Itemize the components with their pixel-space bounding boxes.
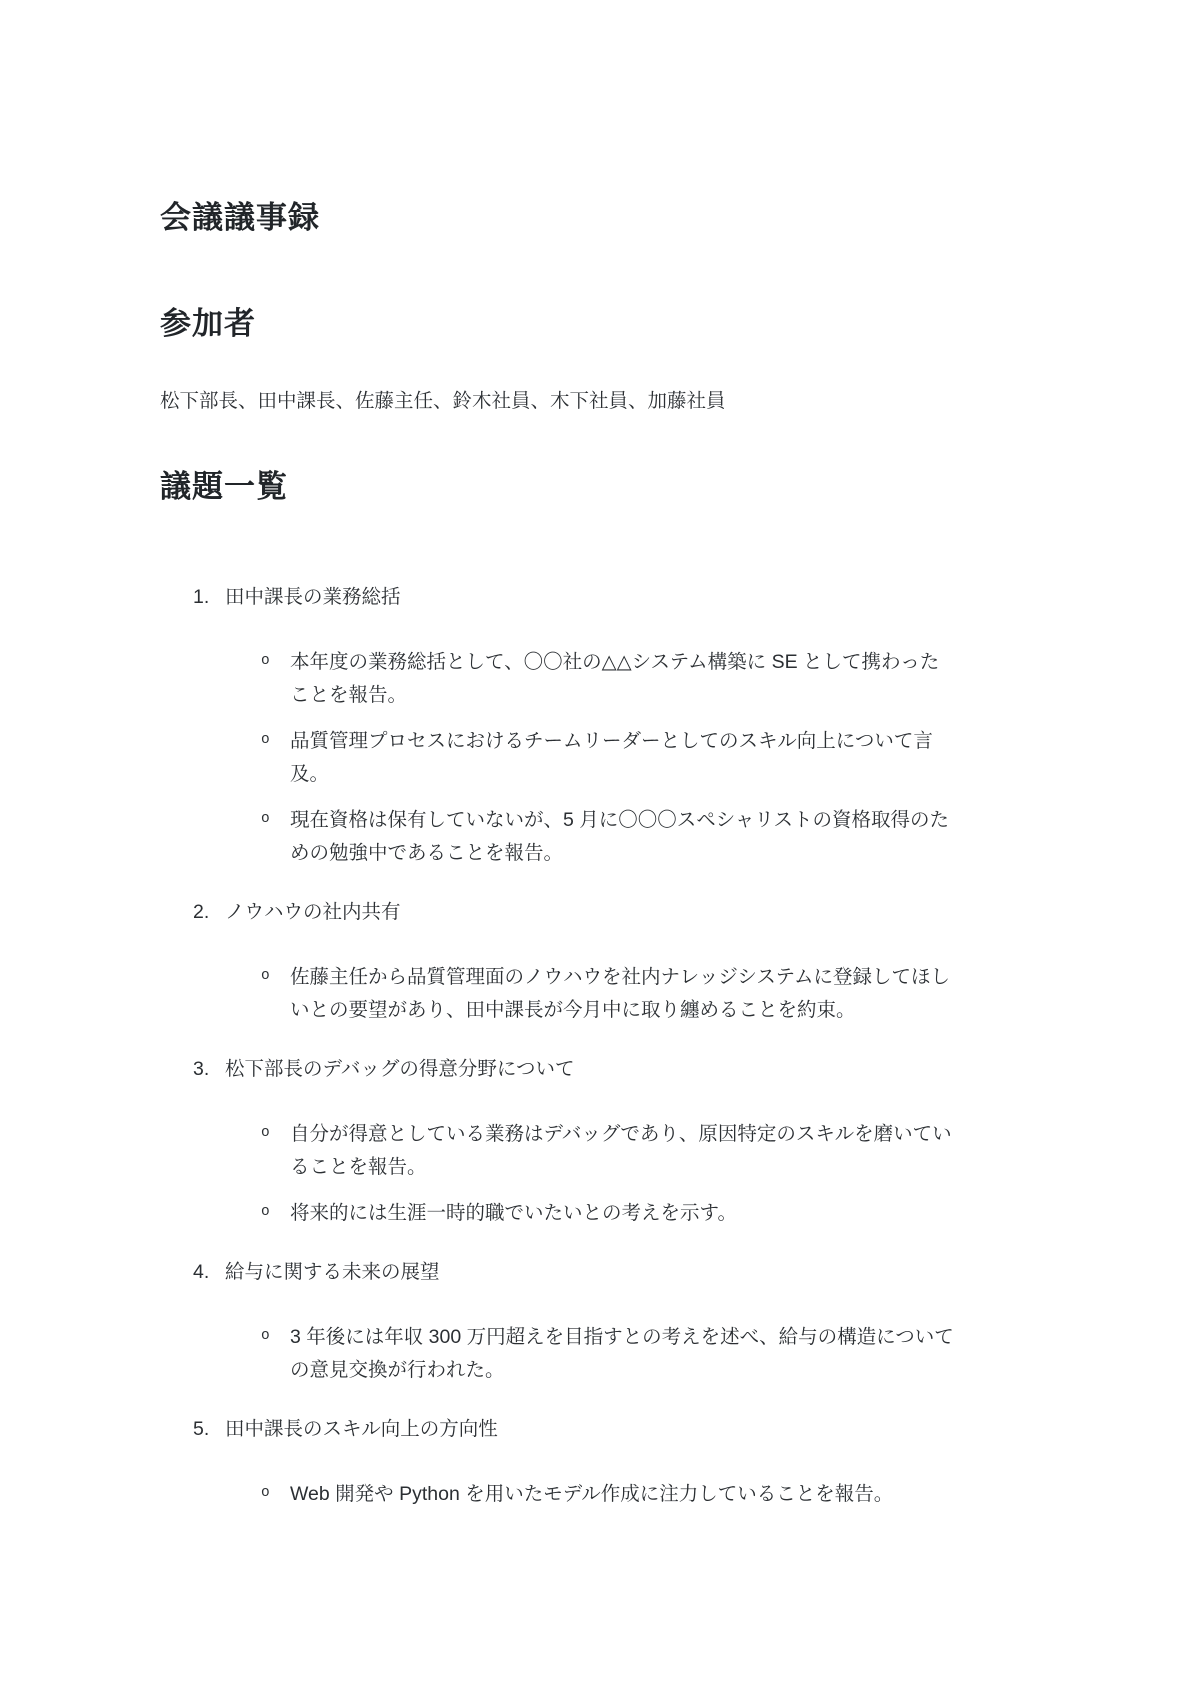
agenda-item-title: 4. 給与に関する未来の展望 — [160, 1260, 1030, 1284]
circle-bullet-marker: o — [261, 804, 290, 870]
circle-bullet-marker: o — [261, 961, 290, 1027]
agenda-subitem-text: 将来的には生涯一時的職でいたいとの考えを示す。 — [290, 1197, 958, 1230]
participants-list: 松下部長、田中課長、佐藤主任、鈴木社員、木下社員、加藤社員 — [160, 389, 1030, 413]
agenda-subitem-text: 佐藤主任から品質管理面のノウハウを社内ナレッジシステムに登録してほしいとの要望が… — [290, 961, 958, 1027]
agenda-item-title-text: 田中課長のスキル向上の方向性 — [225, 1417, 498, 1441]
agenda-subitems: o 佐藤主任から品質管理面のノウハウを社内ナレッジシステムに登録してほしいとの要… — [160, 961, 1030, 1027]
participants-heading: 参加者 — [160, 303, 1030, 345]
agenda-item-4: 4. 給与に関する未来の展望 o 3 年後には年収 300 万円超えを目指すとの… — [160, 1260, 1030, 1387]
document-page: 会議議事録 参加者 松下部長、田中課長、佐藤主任、鈴木社員、木下社員、加藤社員 … — [0, 0, 1190, 1683]
agenda-item-number: 2. — [193, 900, 225, 924]
agenda-subitems: o 3 年後には年収 300 万円超えを目指すとの考えを述べ、給与の構造について… — [160, 1321, 1030, 1387]
agenda-item-title: 3. 松下部長のデバッグの得意分野について — [160, 1057, 1030, 1081]
agenda-item-number: 1. — [193, 585, 225, 609]
circle-bullet-marker: o — [261, 1478, 290, 1511]
agenda-subitem-text: 自分が得意としている業務はデバッグであり、原因特定のスキルを磨いていることを報告… — [290, 1118, 958, 1184]
agenda-item-2: 2. ノウハウの社内共有 o 佐藤主任から品質管理面のノウハウを社内ナレッジシス… — [160, 900, 1030, 1027]
agenda-subitem: o 佐藤主任から品質管理面のノウハウを社内ナレッジシステムに登録してほしいとの要… — [160, 961, 1030, 1027]
agenda-item-number: 5. — [193, 1417, 225, 1441]
agenda-subitem: o 将来的には生涯一時的職でいたいとの考えを示す。 — [160, 1197, 1030, 1230]
agenda-subitem-text: 3 年後には年収 300 万円超えを目指すとの考えを述べ、給与の構造についての意… — [290, 1321, 958, 1387]
agenda-subitem: o 現在資格は保有していないが、5 月に〇〇〇スペシャリストの資格取得のための勉… — [160, 804, 1030, 870]
circle-bullet-marker: o — [261, 1118, 290, 1184]
agenda-subitem-text: Web 開発や Python を用いたモデル作成に注力していることを報告。 — [290, 1478, 958, 1511]
agenda-item-title-text: 給与に関する未来の展望 — [225, 1260, 440, 1284]
agenda-item-title: 2. ノウハウの社内共有 — [160, 900, 1030, 924]
agenda-item-title-text: ノウハウの社内共有 — [225, 900, 401, 924]
circle-bullet-marker: o — [261, 725, 290, 791]
agenda-item-1: 1. 田中課長の業務総括 o 本年度の業務総括として、〇〇社の△△システム構築に… — [160, 585, 1030, 870]
agenda-subitem: o 3 年後には年収 300 万円超えを目指すとの考えを述べ、給与の構造について… — [160, 1321, 1030, 1387]
agenda-item-number: 4. — [193, 1260, 225, 1284]
agenda-subitem: o 品質管理プロセスにおけるチームリーダーとしてのスキル向上について言及。 — [160, 725, 1030, 791]
agenda-list: 1. 田中課長の業務総括 o 本年度の業務総括として、〇〇社の△△システム構築に… — [160, 585, 1030, 1511]
agenda-item-3: 3. 松下部長のデバッグの得意分野について o 自分が得意としている業務はデバッ… — [160, 1057, 1030, 1230]
agenda-subitem-text: 品質管理プロセスにおけるチームリーダーとしてのスキル向上について言及。 — [290, 725, 958, 791]
circle-bullet-marker: o — [261, 646, 290, 712]
circle-bullet-marker: o — [261, 1321, 290, 1387]
agenda-item-5: 5. 田中課長のスキル向上の方向性 o Web 開発や Python を用いたモ… — [160, 1417, 1030, 1511]
agenda-item-title: 5. 田中課長のスキル向上の方向性 — [160, 1417, 1030, 1441]
circle-bullet-marker: o — [261, 1197, 290, 1230]
agenda-item-title-text: 松下部長のデバッグの得意分野について — [225, 1057, 574, 1081]
document-title: 会議議事録 — [160, 197, 1030, 239]
agenda-subitem: o Web 開発や Python を用いたモデル作成に注力していることを報告。 — [160, 1478, 1030, 1511]
agenda-subitem: o 本年度の業務総括として、〇〇社の△△システム構築に SE として携わったこと… — [160, 646, 1030, 712]
agenda-subitems: o Web 開発や Python を用いたモデル作成に注力していることを報告。 — [160, 1478, 1030, 1511]
agenda-item-number: 3. — [193, 1057, 225, 1081]
agenda-item-title: 1. 田中課長の業務総括 — [160, 585, 1030, 609]
agenda-subitem-text: 本年度の業務総括として、〇〇社の△△システム構築に SE として携わったことを報… — [290, 646, 958, 712]
agenda-subitem-text: 現在資格は保有していないが、5 月に〇〇〇スペシャリストの資格取得のための勉強中… — [290, 804, 958, 870]
agenda-subitems: o 本年度の業務総括として、〇〇社の△△システム構築に SE として携わったこと… — [160, 646, 1030, 870]
agenda-heading: 議題一覧 — [160, 466, 1030, 508]
agenda-item-title-text: 田中課長の業務総括 — [225, 585, 401, 609]
agenda-subitems: o 自分が得意としている業務はデバッグであり、原因特定のスキルを磨いていることを… — [160, 1118, 1030, 1230]
agenda-subitem: o 自分が得意としている業務はデバッグであり、原因特定のスキルを磨いていることを… — [160, 1118, 1030, 1184]
